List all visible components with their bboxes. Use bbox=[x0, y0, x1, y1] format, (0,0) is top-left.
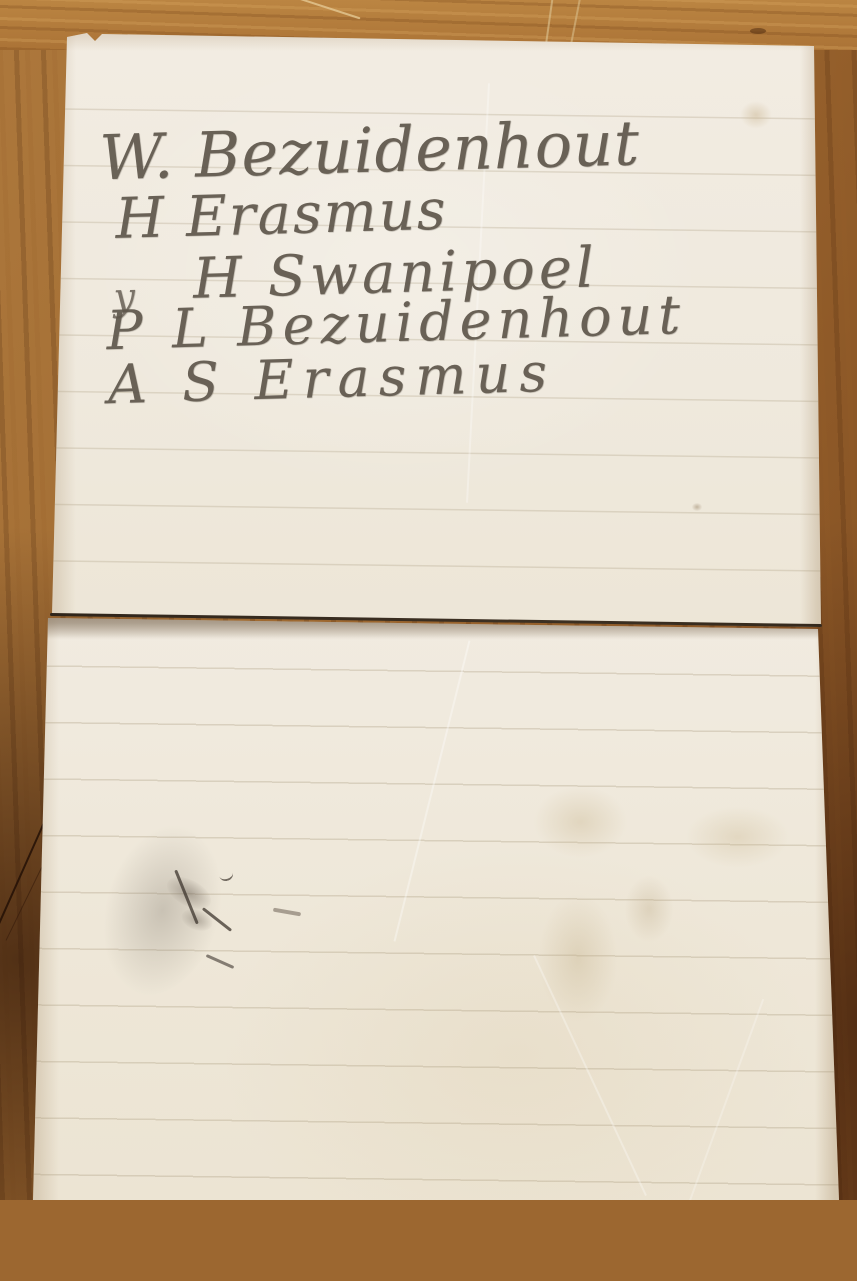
handwritten-name-5: A S Erasmus bbox=[107, 341, 557, 416]
paper-sheet-bottom bbox=[33, 618, 839, 1200]
paper-stain bbox=[533, 786, 628, 858]
paper-stain bbox=[538, 893, 618, 1023]
photo-scene: W. Bezuidenhout H Erasmus y H Swanipoel … bbox=[0, 0, 857, 1200]
wood-knot-speck bbox=[750, 28, 766, 34]
paper-stain bbox=[625, 876, 673, 942]
handwritten-name-list: W. Bezuidenhout H Erasmus y H Swanipoel … bbox=[48, 13, 834, 628]
paper-sheet-top: W. Bezuidenhout H Erasmus y H Swanipoel … bbox=[52, 33, 822, 627]
paper-stain bbox=[685, 806, 790, 868]
